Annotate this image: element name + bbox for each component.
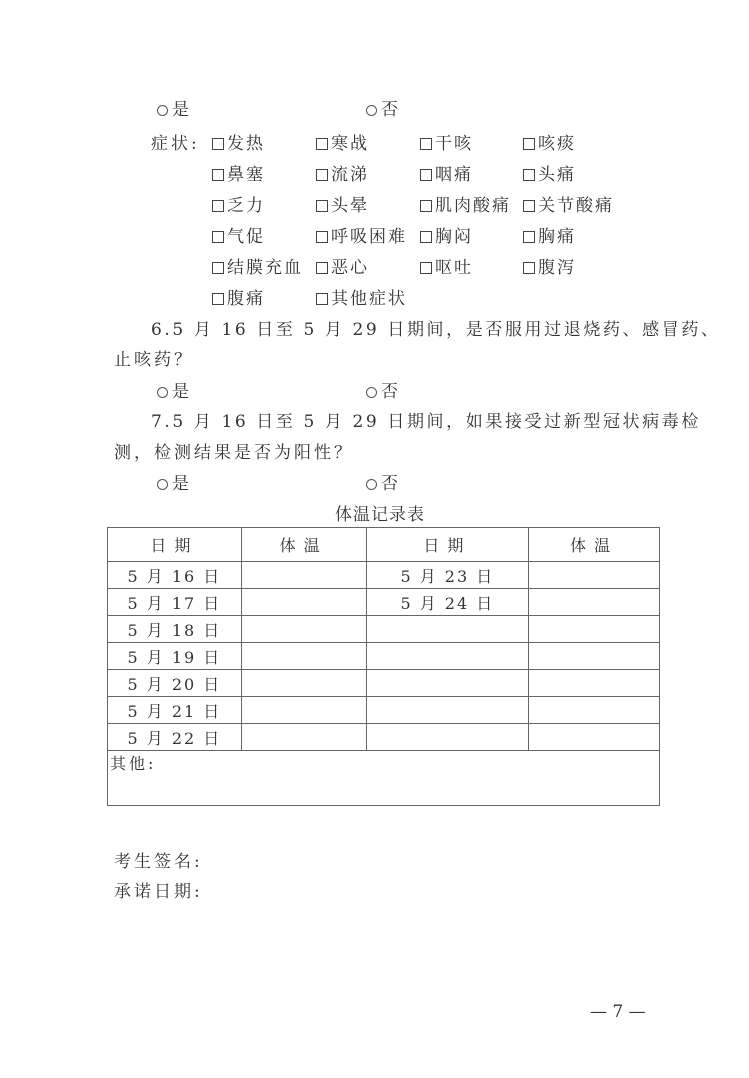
- symptom-label: 胸痛: [538, 227, 576, 247]
- symptom-label: 恶心: [331, 258, 369, 278]
- q7-line1: 7.5 月 16 日至 5 月 29 日期间，如果接受过新型冠状病毒检: [151, 412, 701, 432]
- symptom-checkbox-option[interactable]: 流涕: [316, 165, 369, 185]
- symptom-checkbox-option[interactable]: 发热: [212, 134, 265, 154]
- q5-yes-option[interactable]: 是: [157, 100, 191, 120]
- date-cell: 5 月 21 日: [108, 697, 242, 724]
- symptom-label: 干咳: [435, 134, 473, 154]
- radio-icon[interactable]: [157, 105, 168, 116]
- checkbox-icon[interactable]: [316, 169, 328, 181]
- symptom-checkbox-option[interactable]: 干咳: [420, 134, 473, 154]
- table-row: 5 月 19 日: [108, 643, 660, 670]
- date-cell: 5 月 17 日: [108, 589, 242, 616]
- date-cell: [366, 643, 529, 670]
- temperature-cell[interactable]: [529, 589, 660, 616]
- table-row: 5 月 22 日: [108, 724, 660, 751]
- q6-line2: 止咳药？: [114, 350, 194, 370]
- temperature-cell[interactable]: [241, 562, 366, 589]
- radio-icon[interactable]: [366, 479, 377, 490]
- q7-no-option[interactable]: 否: [366, 474, 400, 494]
- symptoms-label: 症状:: [151, 134, 200, 154]
- symptom-label: 胸闷: [435, 227, 473, 247]
- symptom-label: 流涕: [331, 165, 369, 185]
- symptom-checkbox-option[interactable]: 头晕: [316, 196, 369, 216]
- temperature-cell[interactable]: [241, 724, 366, 751]
- symptom-checkbox-option[interactable]: 鼻塞: [212, 165, 265, 185]
- signature-label: 考生签名:: [114, 852, 203, 872]
- symptom-label: 呼吸困难: [331, 227, 407, 247]
- symptom-label: 咳痰: [538, 134, 576, 154]
- temperature-cell[interactable]: [529, 697, 660, 724]
- temperature-cell[interactable]: [529, 562, 660, 589]
- symptom-checkbox-option[interactable]: 肌肉酸痛: [420, 196, 511, 216]
- temperature-cell[interactable]: [241, 697, 366, 724]
- symptom-label: 咽痛: [435, 165, 473, 185]
- checkbox-icon[interactable]: [420, 200, 432, 212]
- header-temp-1: 体温: [241, 528, 366, 562]
- temperature-cell[interactable]: [241, 670, 366, 697]
- checkbox-icon[interactable]: [523, 231, 535, 243]
- q7-line2: 测，检测结果是否为阳性？: [114, 443, 354, 463]
- other-field[interactable]: 其他:: [108, 751, 660, 806]
- checkbox-icon[interactable]: [420, 262, 432, 274]
- date-cell: [366, 697, 529, 724]
- checkbox-icon[interactable]: [523, 138, 535, 150]
- checkbox-icon[interactable]: [316, 200, 328, 212]
- other-label: 其他:: [110, 754, 156, 773]
- symptom-label: 头晕: [331, 196, 369, 216]
- symptom-label: 呕吐: [435, 258, 473, 278]
- date-cell: 5 月 22 日: [108, 724, 242, 751]
- symptom-checkbox-option[interactable]: 腹泻: [523, 258, 576, 278]
- page-number: — 7 —: [590, 1002, 646, 1022]
- radio-icon[interactable]: [366, 105, 377, 116]
- checkbox-icon[interactable]: [212, 293, 224, 305]
- checkbox-icon[interactable]: [212, 169, 224, 181]
- other-row: 其他:: [108, 751, 660, 806]
- date-label: 承诺日期:: [114, 882, 203, 902]
- symptom-label: 腹痛: [227, 289, 265, 309]
- symptom-label: 气促: [227, 227, 265, 247]
- radio-icon[interactable]: [366, 387, 377, 398]
- date-cell: 5 月 20 日: [108, 670, 242, 697]
- temperature-table: 日期 体温 日期 体温 5 月 16 日5 月 23 日5 月 17 日5 月 …: [107, 527, 660, 806]
- table-row: 5 月 17 日5 月 24 日: [108, 589, 660, 616]
- symptom-checkbox-option[interactable]: 呕吐: [420, 258, 473, 278]
- date-cell: 5 月 24 日: [366, 589, 529, 616]
- radio-icon[interactable]: [157, 479, 168, 490]
- date-cell: [366, 616, 529, 643]
- header-date-2: 日期: [366, 528, 529, 562]
- checkbox-icon[interactable]: [212, 231, 224, 243]
- date-cell: [366, 724, 529, 751]
- checkbox-icon[interactable]: [420, 169, 432, 181]
- checkbox-icon[interactable]: [316, 262, 328, 274]
- checkbox-icon[interactable]: [523, 169, 535, 181]
- table-row: 5 月 20 日: [108, 670, 660, 697]
- symptom-label: 关节酸痛: [538, 196, 614, 216]
- header-date-1: 日期: [108, 528, 242, 562]
- checkbox-icon[interactable]: [420, 231, 432, 243]
- symptom-checkbox-option[interactable]: 气促: [212, 227, 265, 247]
- symptom-label: 其他症状: [331, 289, 407, 309]
- symptom-checkbox-option[interactable]: 呼吸困难: [316, 227, 407, 247]
- q6-line1: 6.5 月 16 日至 5 月 29 日期间，是否服用过退烧药、感冒药、: [151, 320, 721, 340]
- temperature-cell[interactable]: [529, 724, 660, 751]
- symptom-checkbox-option[interactable]: 其他症状: [316, 289, 407, 309]
- temperature-cell[interactable]: [241, 643, 366, 670]
- table-row: 5 月 16 日5 月 23 日: [108, 562, 660, 589]
- date-cell: 5 月 16 日: [108, 562, 242, 589]
- symptom-checkbox-option[interactable]: 咳痰: [523, 134, 576, 154]
- symptom-checkbox-option[interactable]: 胸痛: [523, 227, 576, 247]
- checkbox-icon[interactable]: [212, 262, 224, 274]
- radio-icon[interactable]: [157, 387, 168, 398]
- symptom-checkbox-option[interactable]: 胸闷: [420, 227, 473, 247]
- symptom-checkbox-option[interactable]: 恶心: [316, 258, 369, 278]
- symptom-checkbox-option[interactable]: 咽痛: [420, 165, 473, 185]
- symptom-checkbox-option[interactable]: 乏力: [212, 196, 265, 216]
- q6-no-option[interactable]: 否: [366, 382, 400, 402]
- symptom-label: 发热: [227, 134, 265, 154]
- checkbox-icon[interactable]: [316, 231, 328, 243]
- q7-yes-option[interactable]: 是: [157, 474, 191, 494]
- symptom-label: 腹泻: [538, 258, 576, 278]
- checkbox-icon[interactable]: [212, 200, 224, 212]
- temperature-cell[interactable]: [529, 643, 660, 670]
- temperature-cell[interactable]: [529, 670, 660, 697]
- q6-yes-option[interactable]: 是: [157, 382, 191, 402]
- date-cell: 5 月 18 日: [108, 616, 242, 643]
- checkbox-icon[interactable]: [316, 293, 328, 305]
- symptom-checkbox-option[interactable]: 头痛: [523, 165, 576, 185]
- symptom-checkbox-option[interactable]: 腹痛: [212, 289, 265, 309]
- symptom-label: 乏力: [227, 196, 265, 216]
- table-row: 5 月 21 日: [108, 697, 660, 724]
- temperature-cell[interactable]: [241, 616, 366, 643]
- checkbox-icon[interactable]: [523, 262, 535, 274]
- temperature-cell[interactable]: [241, 589, 366, 616]
- table-title: 体温记录表: [335, 505, 425, 525]
- symptom-label: 鼻塞: [227, 165, 265, 185]
- checkbox-icon[interactable]: [212, 138, 224, 150]
- table-row: 5 月 18 日: [108, 616, 660, 643]
- checkbox-icon[interactable]: [316, 138, 328, 150]
- temperature-cell[interactable]: [529, 616, 660, 643]
- symptom-checkbox-option[interactable]: 关节酸痛: [523, 196, 614, 216]
- checkbox-icon[interactable]: [420, 138, 432, 150]
- date-cell: 5 月 19 日: [108, 643, 242, 670]
- header-temp-2: 体温: [529, 528, 660, 562]
- symptom-label: 寒战: [331, 134, 369, 154]
- symptom-label: 头痛: [538, 165, 576, 185]
- table-header-row: 日期 体温 日期 体温: [108, 528, 660, 562]
- symptom-label: 肌肉酸痛: [435, 196, 511, 216]
- date-cell: 5 月 23 日: [366, 562, 529, 589]
- symptom-checkbox-option[interactable]: 结膜充血: [212, 258, 303, 278]
- checkbox-icon[interactable]: [523, 200, 535, 212]
- symptom-label: 结膜充血: [227, 258, 303, 278]
- q5-no-option[interactable]: 否: [366, 100, 400, 120]
- date-cell: [366, 670, 529, 697]
- symptom-checkbox-option[interactable]: 寒战: [316, 134, 369, 154]
